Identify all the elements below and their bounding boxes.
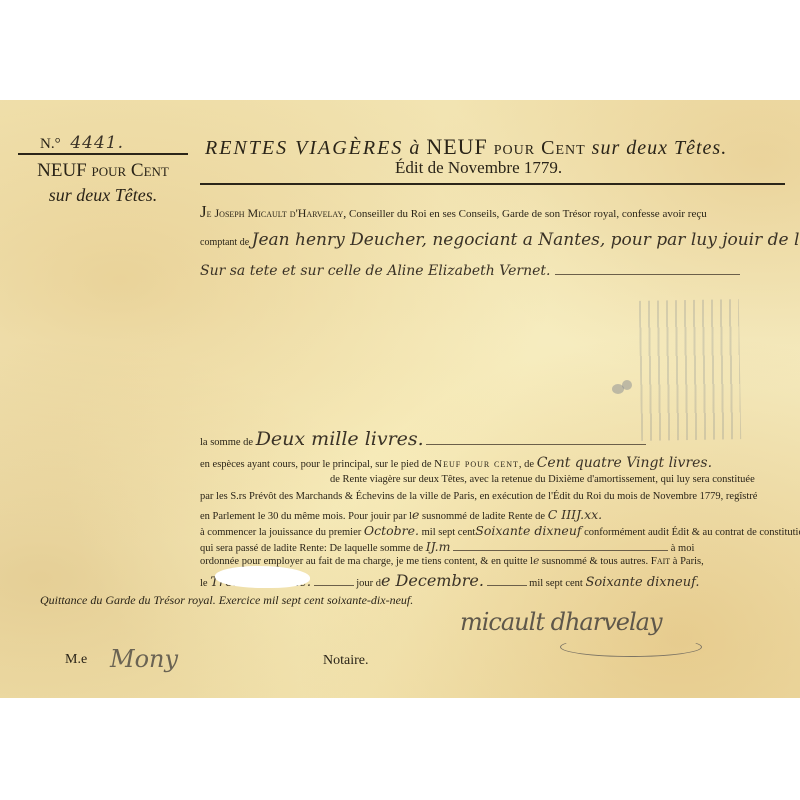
torn-paper-hole <box>215 566 310 588</box>
body-line-3: de Rente viagère sur deux Têtes, avec la… <box>330 474 755 485</box>
faded-stamp-mark <box>639 299 741 441</box>
body-line-4: par les S.rs Prévôt des Marchands & Éche… <box>200 491 757 502</box>
number-value: 4441. <box>70 133 124 153</box>
notary-label: Notaire. <box>323 653 368 669</box>
intro-line: Je Joseph Micault d'Harvelay, Conseiller… <box>200 202 707 222</box>
body-line-6: à commencer la jouissance du premier Oct… <box>200 523 800 538</box>
body-line-5: en Parlement le 30 du même mois. Pour jo… <box>200 507 602 522</box>
comptant-line: comptant de Jean henry Deucher, negocian… <box>200 230 800 250</box>
sum-line: la somme de Deux mille livres. <box>200 428 646 450</box>
payer-handwritten: Jean henry Deucher, negociant a Nantes, … <box>252 230 800 250</box>
signature-flourish <box>560 637 702 657</box>
body-line-8: ordonnée pour employer au fait de ma cha… <box>200 555 704 567</box>
beneficiaries-line: Sur sa tete et sur celle de Aline Elizab… <box>200 263 740 279</box>
certificate-number: N.° 4441. <box>40 133 124 153</box>
body-line-7: qui sera passé de ladite Rente: De laque… <box>200 539 694 554</box>
notary-name: Mony <box>110 645 178 673</box>
body-line-2: en espèces ayant cours, pour le principa… <box>200 455 712 471</box>
left-title: NEUF pour Cent <box>18 160 188 182</box>
sum-handwritten: Deux mille livres. <box>256 428 424 450</box>
signatory-name: e Joseph Micault d'Harvelay, <box>207 206 347 220</box>
quittance-line: Quittance du Garde du Trésor royal. Exer… <box>40 593 413 608</box>
main-rule <box>200 183 785 185</box>
treasurer-signature: micault dharvelay <box>460 608 662 636</box>
left-subtitle: sur deux Têtes. <box>18 185 188 206</box>
main-title: RENTES VIAGÈRES à NEUF pour Cent sur deu… <box>205 134 727 160</box>
ink-blot <box>622 380 632 390</box>
rent-handwritten: Cent quatre Vingt livres. <box>537 455 712 471</box>
notary-prefix: M.e <box>65 652 87 668</box>
number-label: N.° <box>40 136 61 152</box>
left-rule <box>18 153 188 155</box>
edict-line: Édit de Novembre 1779. <box>395 158 562 178</box>
